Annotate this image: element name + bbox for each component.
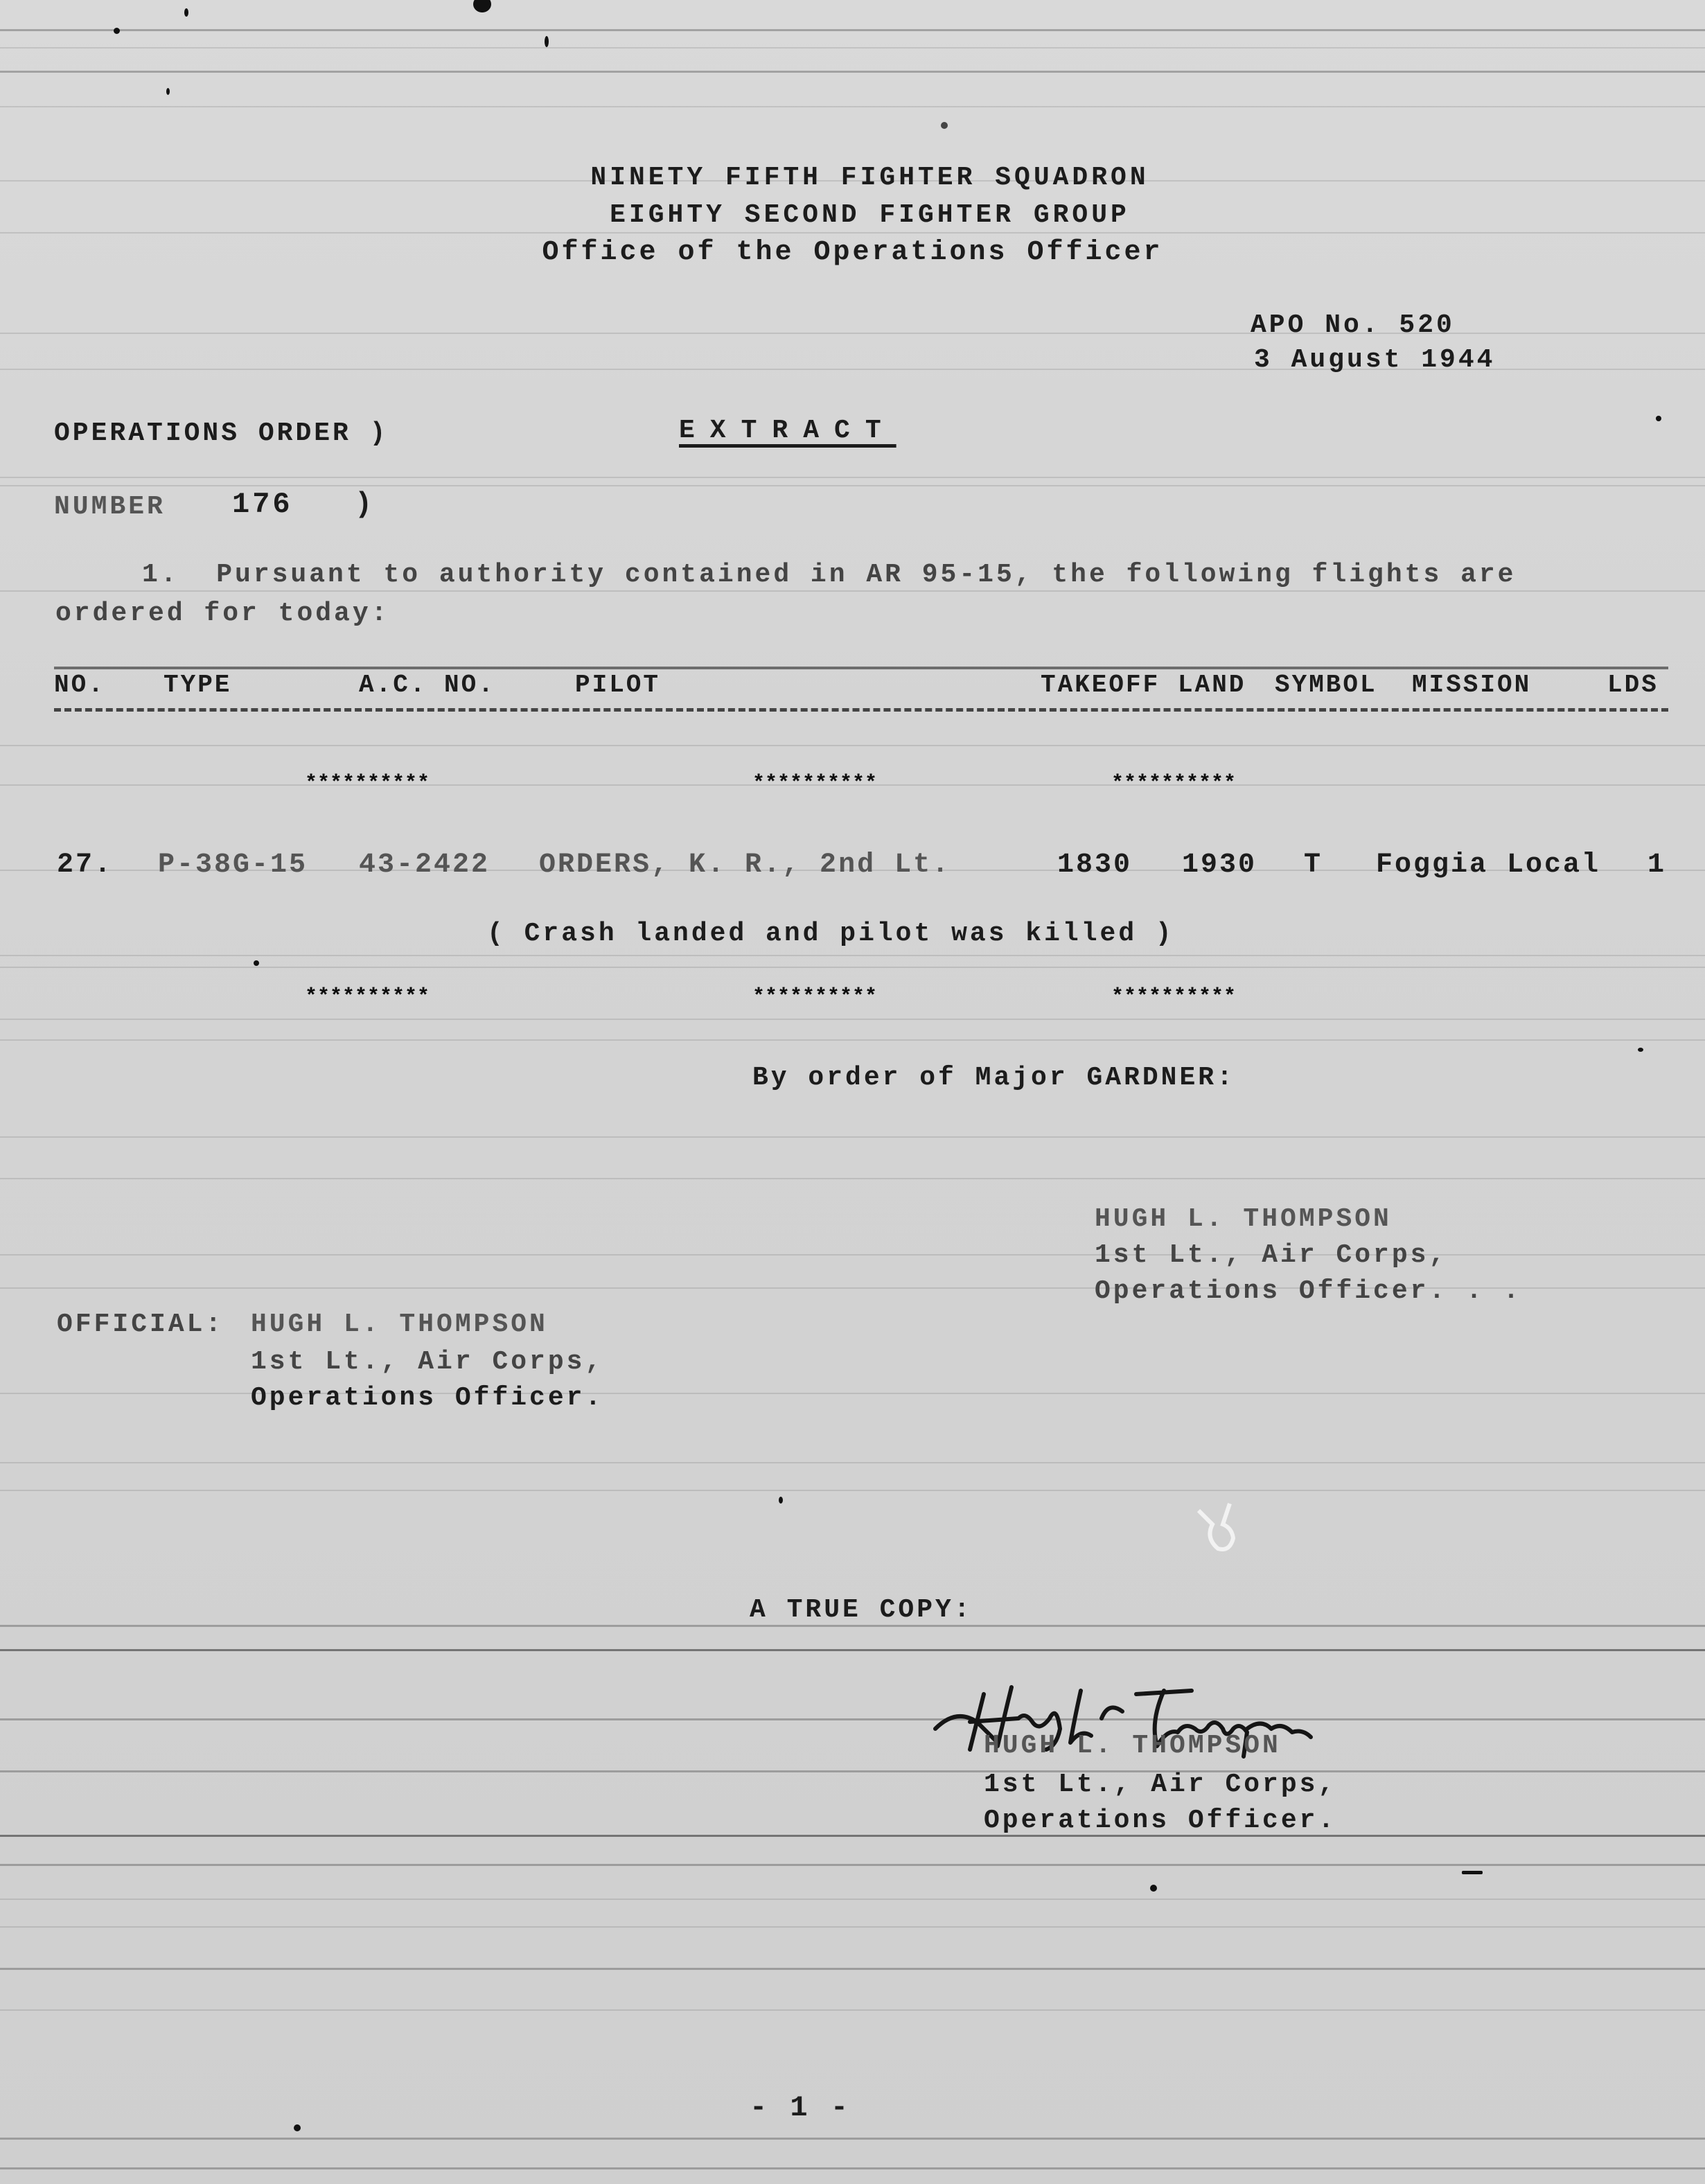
separator-stars: ********** (305, 772, 430, 795)
scan-line (0, 2009, 1705, 2011)
true-copy-title: Operations Officer. (984, 1806, 1336, 1835)
scan-line (0, 1490, 1705, 1491)
col-no: NO. (54, 671, 105, 699)
apo-number: APO No. 520 (1251, 310, 1455, 340)
scan-line (0, 1770, 1705, 1772)
order-number-paren: ) (355, 488, 375, 521)
separator-stars: ********** (752, 772, 877, 795)
ink-speck (473, 0, 491, 12)
letterhead: NINETY FIFTH FIGHTER SQUADRON EIGHTY SEC… (0, 159, 1705, 272)
scan-line (0, 1899, 1705, 1900)
scan-line (0, 2138, 1705, 2140)
ink-speck (779, 1497, 783, 1504)
col-symbol: SYMBOL (1275, 671, 1377, 699)
letterhead-group: EIGHTY SECOND FIGHTER GROUP (35, 197, 1705, 234)
ink-speck (294, 2124, 301, 2131)
letterhead-office: Office of the Operations Officer (0, 234, 1705, 272)
scan-line (0, 1968, 1705, 1970)
order-number: 176 (232, 488, 293, 521)
scan-line (0, 1019, 1705, 1020)
ink-speck (114, 28, 120, 34)
ink-speck (1656, 416, 1661, 421)
col-type: TYPE (164, 671, 231, 699)
scan-line (0, 1864, 1705, 1866)
scan-line (0, 1835, 1705, 1837)
scan-line (0, 1136, 1705, 1138)
cell-mission: Foggia Local (1376, 849, 1600, 881)
signer-name: HUGH L. THOMPSON (1095, 1204, 1392, 1234)
official-name: HUGH L. THOMPSON (251, 1310, 548, 1339)
scan-line (0, 1462, 1705, 1463)
paragraph-line-1: 1. Pursuant to authority contained in AR… (142, 560, 1516, 590)
crash-note: ( Crash landed and pilot was killed ) (487, 919, 1174, 949)
col-takeoff: TAKEOFF (1041, 671, 1160, 699)
cell-no: 27. (57, 849, 113, 881)
scan-line (0, 745, 1705, 746)
scan-line (0, 1649, 1705, 1651)
ink-speck (184, 8, 188, 17)
scan-line (0, 47, 1705, 49)
separator-stars: ********** (752, 985, 877, 1009)
scan-line (0, 71, 1705, 73)
signer-rank: 1st Lt., Air Corps, (1095, 1240, 1447, 1270)
official-rank: 1st Lt., Air Corps, (251, 1347, 603, 1377)
cell-symbol: T (1304, 849, 1323, 881)
ink-speck (166, 88, 170, 95)
separator-stars: ********** (305, 985, 430, 1009)
scan-line (0, 1039, 1705, 1041)
cell-type: P-38G-15 (158, 849, 308, 881)
scan-line (0, 1178, 1705, 1179)
order-date: 3 August 1944 (1254, 345, 1495, 375)
scan-line (0, 2167, 1705, 2169)
true-copy-rank: 1st Lt., Air Corps, (984, 1770, 1336, 1799)
letterhead-squadron: NINETY FIFTH FIGHTER SQUADRON (35, 159, 1705, 197)
col-mission: MISSION (1412, 671, 1531, 699)
col-pilot: PILOT (575, 671, 660, 699)
col-land: LAND (1178, 671, 1246, 699)
by-order-line: By order of Major GARDNER: (752, 1063, 1235, 1093)
true-copy-label: A TRUE COPY: (750, 1595, 973, 1625)
col-lds: LDS (1607, 671, 1659, 699)
ink-speck (1638, 1048, 1643, 1052)
scan-line (0, 967, 1705, 968)
cell-takeoff: 1830 (1057, 849, 1132, 881)
number-label: NUMBER (54, 492, 166, 522)
scan-line (0, 29, 1705, 31)
cell-land: 1930 (1182, 849, 1257, 881)
scan-line (0, 1926, 1705, 1928)
document-page: NINETY FIFTH FIGHTER SQUADRON EIGHTY SEC… (0, 0, 1705, 2184)
cell-pilot: ORDERS, K. R., 2nd Lt. (539, 849, 951, 881)
signer-title: Operations Officer. . . (1095, 1276, 1522, 1306)
ink-speck (1150, 1885, 1157, 1892)
col-ac-no: A.C. NO. (359, 671, 495, 699)
scan-line (0, 106, 1705, 107)
scan-line (0, 1718, 1705, 1720)
scan-line (0, 590, 1705, 592)
scan-line (0, 477, 1705, 478)
cell-ac-no: 43-2422 (359, 849, 490, 881)
film-blemish (1192, 1497, 1247, 1559)
scan-line (0, 955, 1705, 956)
official-label: OFFICIAL: (57, 1310, 224, 1339)
ink-speck (545, 36, 549, 47)
extract-title: EXTRACT (679, 416, 896, 446)
scan-line (0, 485, 1705, 486)
paragraph-line-2: ordered for today: (55, 599, 389, 628)
scan-line (0, 1254, 1705, 1256)
true-copy-name: HUGH L. THOMPSON (984, 1731, 1281, 1761)
ink-speck (1462, 1871, 1483, 1874)
operations-order-label: OPERATIONS ORDER ) (54, 419, 388, 448)
ink-speck (254, 960, 259, 966)
scan-line (0, 1625, 1705, 1627)
official-title: Operations Officer. (251, 1383, 603, 1413)
separator-stars: ********** (1111, 985, 1236, 1009)
cell-lds: 1 (1647, 849, 1666, 881)
separator-stars: ********** (1111, 772, 1236, 795)
ink-speck (941, 122, 948, 129)
flight-table-header: NO. TYPE A.C. NO. PILOT TAKEOFF LAND SYM… (54, 667, 1668, 712)
page-number: - 1 - (750, 2091, 851, 2124)
